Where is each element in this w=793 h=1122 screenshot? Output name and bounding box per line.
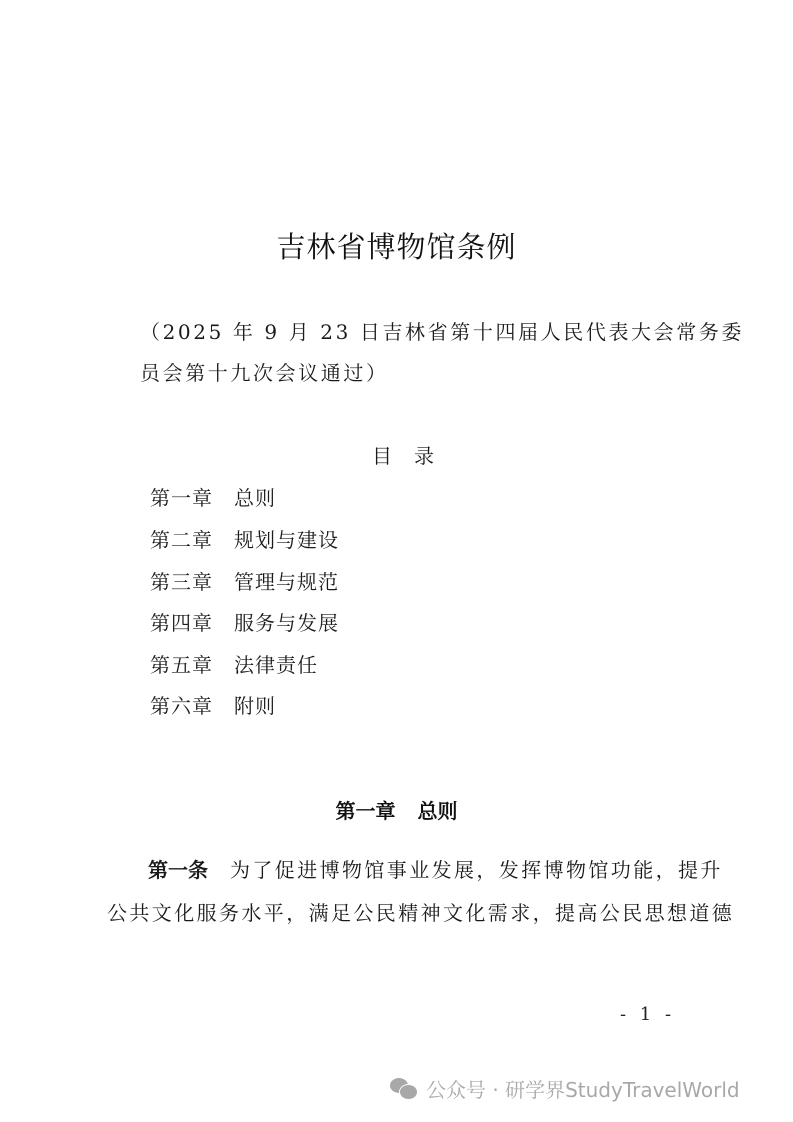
toc-item-number: 第四章 <box>150 607 234 636</box>
document-title: 吉林省博物馆条例 <box>0 225 793 266</box>
toc-item-number: 第六章 <box>150 690 234 719</box>
toc-item-title: 附则 <box>234 694 276 718</box>
chapter-title: 总则 <box>418 799 458 823</box>
toc-item-number: 第五章 <box>150 649 234 678</box>
toc-item: 第三章管理与规范 <box>150 566 339 595</box>
article-1-line-1: 第一条为了促进博物馆事业发展，发挥博物馆功能，提升 <box>148 854 723 883</box>
toc-item-title: 总则 <box>234 486 276 510</box>
article-1-line-2: 公共文化服务水平，满足公民精神文化需求，提高公民思想道德 <box>107 897 734 926</box>
toc-item-title: 服务与发展 <box>234 611 339 635</box>
toc-heading-left: 目 <box>372 444 392 468</box>
toc-item: 第四章服务与发展 <box>150 607 339 636</box>
article-label: 第一条 <box>148 858 208 882</box>
article-text: 为了促进博物馆事业发展，发挥博物馆功能，提升 <box>230 858 723 882</box>
adoption-note-line-2: 员会第十九次会议通过） <box>140 357 389 386</box>
toc-item-number: 第三章 <box>150 566 234 595</box>
toc-heading: 目录 <box>372 440 434 469</box>
toc-item: 第一章总则 <box>150 482 276 511</box>
toc-item-title: 管理与规范 <box>234 570 339 594</box>
chapter-heading: 第一章总则 <box>0 795 793 824</box>
toc-item: 第六章附则 <box>150 690 276 719</box>
adoption-note-line-1: （2025 年 9 月 23 日吉林省第十四届人民代表大会常务委 <box>140 316 744 345</box>
toc-item-number: 第一章 <box>150 482 234 511</box>
watermark: 公众号 · 研学界StudyTravelWorld <box>390 1074 740 1103</box>
toc-item: 第五章法律责任 <box>150 649 318 678</box>
toc-item-number: 第二章 <box>150 524 234 553</box>
chapter-number: 第一章 <box>336 799 396 823</box>
watermark-text: 公众号 · 研学界StudyTravelWorld <box>426 1074 740 1103</box>
wechat-icon <box>390 1078 418 1100</box>
toc-item-title: 法律责任 <box>234 653 318 677</box>
toc-heading-right: 录 <box>414 444 434 468</box>
toc-item: 第二章规划与建设 <box>150 524 339 553</box>
page-number: - 1 - <box>620 1004 675 1025</box>
toc-item-title: 规划与建设 <box>234 528 339 552</box>
